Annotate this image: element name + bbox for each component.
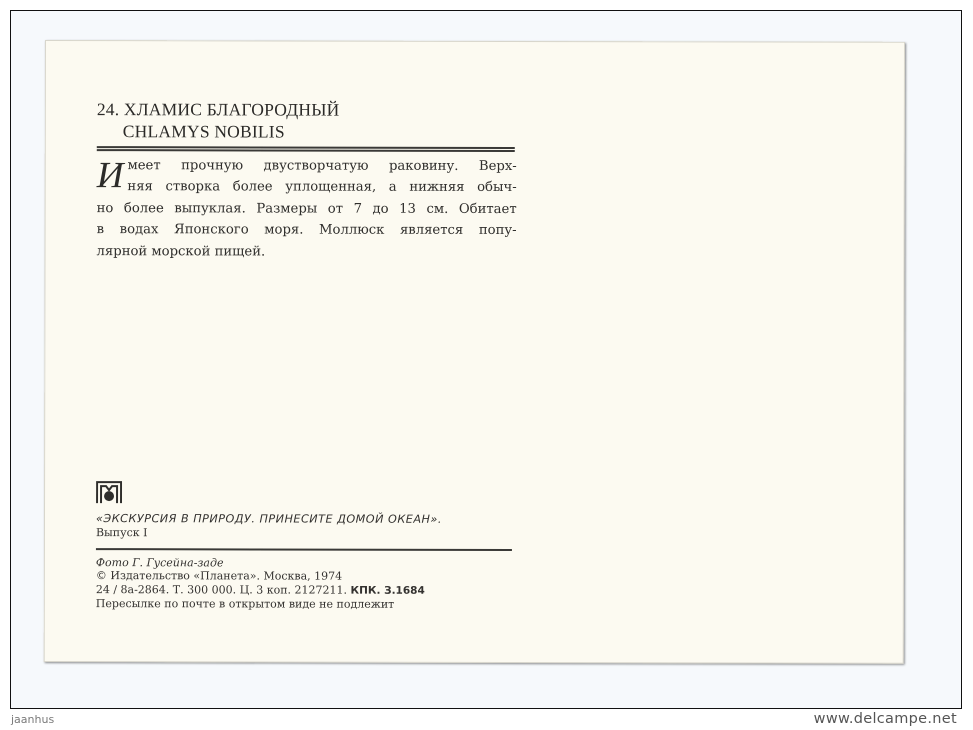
print-info-line: 24 / 8а-2864. Т. 300 000. Ц. 3 коп. 2127…	[96, 583, 425, 598]
series-title: «ЭКСКУРСИЯ В ПРИРОДУ. ПРИНЕСИТЕ ДОМОЙ ОК…	[96, 512, 442, 527]
double-rule-divider	[97, 146, 515, 152]
seller-name: jaanhus	[11, 713, 54, 726]
planeta-logo-icon	[96, 480, 122, 504]
print-info: 24 / 8а-2864. Т. 300 000. Ц. 3 коп. 2127…	[96, 583, 347, 597]
description-line: но более выпуклая. Размеры от 7 до 13 см…	[97, 198, 517, 220]
copyright-icon: ©	[96, 570, 107, 583]
postcard-back: 24. ХЛАМИС БЛАГОРОДНЫЙ CHLAMYS NOBILIS И…	[44, 40, 905, 664]
latin-name: CHLAMYS NOBILIS	[97, 120, 340, 143]
drop-cap: И	[97, 159, 124, 193]
publisher-line: © Издательство «Планета». Москва, 1974	[96, 570, 425, 584]
species-description: И меет прочную двустворчатую раковину. В…	[97, 155, 517, 263]
rule-divider	[96, 548, 512, 551]
catalog-code: КПК. З.1684	[351, 584, 425, 596]
credits-block: Фото Г. Гусейна-заде © Издательство «Пла…	[96, 556, 425, 611]
postal-note: Пересылке по почте в открытом виде не по…	[96, 597, 425, 611]
species-title: 24. ХЛАМИС БЛАГОРОДНЫЙ CHLAMYS NOBILIS	[97, 98, 340, 143]
description-line: в водах Японского моря. Моллюск является…	[97, 219, 517, 241]
site-watermark: www.delcampe.net	[814, 711, 957, 727]
description-line: лярной морской пищей.	[97, 241, 517, 263]
issue-number: Выпуск I	[96, 526, 148, 540]
description-line: няя створка более уплощенная, а нижняя о…	[97, 177, 517, 199]
publisher: Издательство «Планета». Москва, 1974	[110, 570, 342, 583]
card-number: 24.	[97, 99, 120, 119]
description-line: меет прочную двустворчатую раковину. Вер…	[97, 155, 517, 177]
photo-credit: Фото Г. Гусейна-заде	[96, 556, 425, 570]
russian-name: ХЛАМИС БЛАГОРОДНЫЙ	[124, 99, 340, 119]
